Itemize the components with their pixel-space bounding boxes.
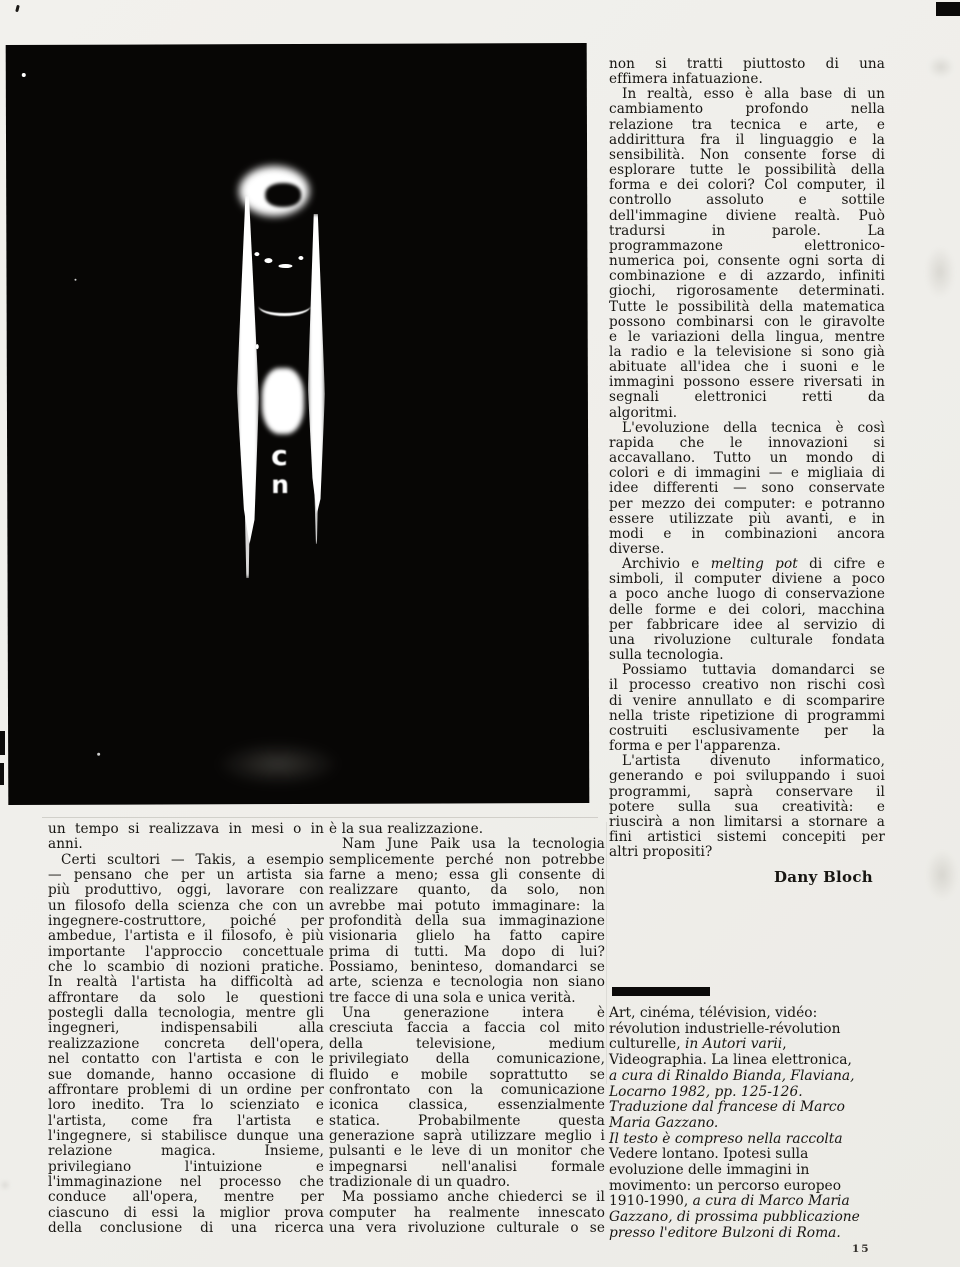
scan-mark	[15, 5, 20, 13]
text-run: Archivio e	[622, 556, 711, 572]
photo-speck	[74, 279, 76, 281]
text-line: anni.	[48, 837, 324, 852]
italic-run: Gazzano, di prossima pubblicazione	[609, 1209, 860, 1225]
text-line: profondità della sua immaginazione	[329, 914, 605, 929]
text-line: Art, cinéma, télévision, vidéo:	[609, 1006, 901, 1022]
photo-glyph-c: c	[271, 442, 288, 470]
text-line: immagini possono essere riversati in	[609, 375, 885, 390]
text-line: privilegiato della comunicazione,	[329, 1052, 605, 1067]
text-line: nella triste ripetizione di programmi	[609, 709, 885, 724]
text-line: postegli dalla tecnologia, mentre gli	[48, 1006, 324, 1021]
text-line: tradursi in parole. La	[609, 224, 885, 239]
text-line: visionaria glielo ha fatto capire	[329, 929, 605, 944]
text-line: riuscirà a non limitarsi a stornare a	[609, 815, 885, 830]
text-line: In realtà, esso è alla base di un	[609, 87, 885, 102]
photo-speck	[250, 332, 254, 338]
author-byline: Dany Bloch	[609, 868, 873, 886]
scan-noise	[0, 1180, 10, 1190]
text-line: Gazzano, di prossima pubblicazione	[609, 1210, 901, 1226]
text-line: non si tratti piuttosto di una	[609, 57, 885, 72]
photo-arc-highlight	[259, 296, 311, 316]
text-line: idee differenti — sono conservate	[609, 481, 885, 496]
text-line: In realtà l'artista ha difficoltà ad	[48, 975, 324, 990]
text-line: modi e in combinazioni ancora	[609, 527, 885, 542]
text-line: Locarno 1982, pp. 125-126.	[609, 1085, 901, 1101]
text-run: movimento: un percorso europeo	[609, 1178, 841, 1194]
text-line: sensibilità. Non consente forse di	[609, 148, 885, 163]
text-line: realizzazione concreta dell'opera,	[48, 1037, 324, 1052]
text-line: Vedere lontano. Ipotesi sulla	[609, 1147, 901, 1163]
text-line: statica. Probabilmente questa	[329, 1114, 605, 1129]
text-line: giochi, rigorosamente determinati.	[609, 284, 885, 299]
text-line: addirittura fra il linguaggio e la	[609, 133, 885, 148]
margin-scan-mark	[0, 763, 4, 785]
artwork-photograph: c n	[6, 43, 590, 805]
text-line: Nam June Paik usa la tecnologia	[329, 837, 605, 852]
text-line: ambedue, l'artista e il filosofo, è più	[48, 929, 324, 944]
text-line: a cura di Rinaldo Bianda, Flaviana,	[609, 1069, 901, 1085]
section-divider-bar	[612, 987, 710, 996]
photo-speck	[264, 258, 272, 263]
text-line: accavallano. Tutto un mondo di	[609, 451, 885, 466]
text-line: tre facce di una sola e unica verità.	[329, 991, 605, 1006]
article-column-right: non si tratti piuttosto di unaeffimera i…	[609, 57, 885, 860]
text-line: l'ingegnere, si stabilisce dunque una	[48, 1129, 324, 1144]
text-line: programmi, saprà conservare il	[609, 785, 885, 800]
text-line: potere sulla sua creatività: e	[609, 800, 885, 815]
text-line: segnali elettronici retti da	[609, 390, 885, 405]
page-number: 15	[852, 1243, 871, 1255]
text-line: essere utilizzate più avanti, e in	[609, 512, 885, 527]
scan-noise	[925, 246, 955, 298]
text-line: altri propositi?	[609, 845, 885, 860]
photo-speck	[256, 344, 259, 349]
italic-run: Locarno 1982, pp. 125-126.	[609, 1084, 803, 1100]
margin-scan-mark	[0, 731, 5, 755]
text-line: L'evoluzione della tecnica è così	[609, 421, 885, 436]
text-line: numerica poi, consente ogni sorta di	[609, 254, 885, 269]
text-line: evoluzione delle immagini in	[609, 1163, 901, 1179]
text-line: controllo assoluto e sottile	[609, 193, 885, 208]
text-run: evoluzione delle immagini in	[609, 1162, 809, 1178]
corner-black-bar	[936, 2, 960, 16]
text-line: della conclusione di una ricerca	[48, 1221, 324, 1236]
text-line: e le variazioni della lingua, mentre	[609, 330, 885, 345]
italic-run: Traduzione dal francese di Marco	[609, 1099, 845, 1115]
text-line: colori e di immagini — e migliaia di	[609, 466, 885, 481]
text-line: forma e per l'apparenza.	[609, 739, 885, 754]
text-line: pulsanti e le leve di un monitor che	[329, 1144, 605, 1159]
photo-light-streak-left	[236, 196, 259, 544]
text-line: Videographia. La linea elettronica,	[609, 1053, 901, 1069]
text-line: ingegnere-costruttore, poiché per	[48, 914, 324, 929]
text-line: delle forme e dei colori, macchina	[609, 603, 885, 618]
text-line: della televisione, medium	[329, 1037, 605, 1052]
text-line: confrontato con la comunicazione	[329, 1083, 605, 1098]
text-line: l'immaginazione nel processo che	[48, 1175, 324, 1190]
text-line: forma e dei colori? Col computer, il	[609, 178, 885, 193]
text-line: la radio e la televisione si sono già	[609, 345, 885, 360]
text-line: presso l'editore Bulzoni di Roma.	[609, 1226, 901, 1242]
text-line: L'artista divenuto informatico,	[609, 754, 885, 769]
text-line: diverse.	[609, 542, 885, 557]
text-line: — pensano che per un artista sia	[48, 868, 324, 883]
text-line: conduce all'opera, mentre per	[48, 1190, 324, 1205]
text-line: dell'immagine diviene realtà. Può	[609, 209, 885, 224]
text-line: per mezzo dei computer: e potranno	[609, 497, 885, 512]
text-line: una rivoluzione culturale fondata	[609, 633, 885, 648]
text-line: un filosofo della scienza che con un	[48, 899, 324, 914]
text-line: 1910-1990, a cura di Marco Maria	[609, 1194, 901, 1210]
text-line: l'artista, come fra l'artista e	[48, 1114, 324, 1129]
text-line: effimera infatuazione.	[609, 72, 885, 87]
text-run: révolution industrielle-révolution	[609, 1021, 840, 1037]
scan-noise	[928, 56, 954, 78]
text-line: Possiamo, beninteso, domandarci se	[329, 960, 605, 975]
text-line: il processo creativo non rischi così	[609, 678, 885, 693]
text-line: relazione magica. Insieme,	[48, 1144, 324, 1159]
text-line: abituate all'idea che i suoni e le	[609, 360, 885, 375]
text-line: Tutte le possibilità della matematica	[609, 300, 885, 315]
text-line: Traduzione dal francese di Marco	[609, 1100, 901, 1116]
scan-ghost-line	[42, 817, 598, 818]
text-run: ,	[782, 1036, 786, 1052]
text-line: Il testo è compreso nella raccolta	[609, 1132, 901, 1148]
text-line: computer ha realmente innescato	[329, 1206, 605, 1221]
text-line: arte, scienza e tecnologia non siano	[329, 975, 605, 990]
text-line: è la sua realizzazione.	[329, 822, 605, 837]
text-line: sulla tecnologia.	[609, 648, 885, 663]
text-line: iconica classica, essenzialmente	[329, 1098, 605, 1113]
photo-speck	[278, 264, 292, 268]
photo-speck	[97, 753, 100, 756]
photo-speck	[22, 73, 26, 77]
italic-run: melting pot	[711, 556, 798, 572]
text-line: nel contatto con l'artista e con le	[48, 1052, 324, 1067]
text-line: più produttivo, oggi, lavorare con	[48, 883, 324, 898]
text-line: una vera rivoluzione culturale o se	[329, 1221, 605, 1236]
text-line: possono combinarsi con le giravolte	[609, 315, 885, 330]
text-run: Vedere lontano. Ipotesi sulla	[609, 1146, 808, 1162]
text-line: prima di tutti. Ma dopo di lui?	[329, 945, 605, 960]
text-line: esplorare tutte le possibilità della	[609, 163, 885, 178]
text-line: generando e poi sviluppando i suoi	[609, 769, 885, 784]
text-line: Certi scultori — Takis, a esempio	[48, 853, 324, 868]
text-run: di cifre e	[798, 556, 885, 572]
text-line: Archivio e melting pot di cifre e	[609, 557, 885, 572]
text-line: Ma possiamo anche chiederci se il	[329, 1190, 605, 1205]
text-line: culturelle, in Autori varii,	[609, 1037, 901, 1053]
text-line: simboli, il computer diviene a poco	[609, 572, 885, 587]
text-line: relazione tra tecnica e arte, e	[609, 118, 885, 133]
text-run: culturelle,	[609, 1036, 685, 1052]
text-line: Maria Gazzano.	[609, 1116, 901, 1132]
scan-noise	[926, 850, 958, 900]
italic-run: a cura di Rinaldo Bianda, Flaviana,	[609, 1068, 855, 1084]
text-line: importante l'approccio concettuale	[48, 945, 324, 960]
text-run: Videographia. La linea elettronica,	[609, 1052, 852, 1068]
italic-run: a cura di Marco Maria	[693, 1193, 850, 1209]
italic-run: Il testo è compreso nella raccolta	[609, 1131, 843, 1147]
photo-bright-patch	[262, 368, 304, 434]
text-line: fini artistici sistemi concepiti per	[609, 830, 885, 845]
text-line: generazione saprà utilizzare meglio i	[329, 1129, 605, 1144]
text-line: rapida che le innovazioni si	[609, 436, 885, 451]
photo-glow-hole	[265, 183, 301, 207]
photo-light-streak-right	[307, 214, 325, 514]
text-line: programmazone elettronico-	[609, 239, 885, 254]
text-line: semplicemente perché non potrebbe	[329, 853, 605, 868]
text-line: costruiti esclusivamente per la	[609, 724, 885, 739]
text-line: loro inedito. Tra lo scienziato e	[48, 1098, 324, 1113]
italic-run: in Autori varii	[685, 1036, 782, 1052]
text-line: combinazione e di azzardo, infiniti	[609, 269, 885, 284]
photo-gray-smudge	[216, 742, 340, 786]
text-line: impegnarsi nell'analisi formale	[329, 1160, 605, 1175]
text-run: 1910-1990,	[609, 1193, 693, 1209]
text-line: affrontare da solo le questioni	[48, 991, 324, 1006]
text-line: cambiamento profondo nella	[609, 102, 885, 117]
photo-speck	[298, 256, 303, 260]
text-line: per fabbricare idee al servizio di	[609, 618, 885, 633]
bibliography: Art, cinéma, télévision, vidéo:révolutio…	[609, 1006, 901, 1242]
text-line: che lo scambio di nozioni pratiche.	[48, 960, 324, 975]
magazine-page: c n un tempo si realizzava in mesi o ina…	[0, 0, 960, 1267]
text-line: farne a meno; essa gli consente di	[329, 868, 605, 883]
text-line: un tempo si realizzava in mesi o in	[48, 822, 324, 837]
text-line: tradizionale di un quadro.	[329, 1175, 605, 1190]
article-column-middle: è la sua realizzazione.Nam June Paik usa…	[329, 822, 605, 1236]
text-line: Possiamo tuttavia domandarci se	[609, 663, 885, 678]
text-line: movimento: un percorso europeo	[609, 1179, 901, 1195]
text-run: Art, cinéma, télévision, vidéo:	[609, 1005, 817, 1021]
text-line: realizzare quanto, da solo, non	[329, 883, 605, 898]
article-column-left: un tempo si realizzava in mesi o inanni.…	[48, 822, 324, 1236]
text-line: Una generazione intera è	[329, 1006, 605, 1021]
text-line: sue domande, hanno occasione di	[48, 1068, 324, 1083]
text-line: di venire annullato e di scomparire	[609, 694, 885, 709]
text-line: avrebbe mai potuto immaginare: la	[329, 899, 605, 914]
text-line: ingegneri, indispensabili alla	[48, 1021, 324, 1036]
scan-ghost-line	[606, 822, 607, 1084]
italic-run: Maria Gazzano.	[609, 1115, 718, 1131]
photo-speck	[254, 252, 259, 256]
text-line: privilegiano l'intuizione e	[48, 1160, 324, 1175]
text-line: révolution industrielle-révolution	[609, 1022, 901, 1038]
text-line: ciascuno di essi la miglior prova	[48, 1206, 324, 1221]
text-line: fluido e mobile soprattutto se	[329, 1068, 605, 1083]
text-line: algoritmi.	[609, 406, 885, 421]
text-line: a poco anche luogo di conservazione	[609, 587, 885, 602]
italic-run: presso l'editore Bulzoni di Roma.	[609, 1225, 841, 1241]
text-line: affrontare problemi di un ordine per	[48, 1083, 324, 1098]
photo-glyph-n: n	[271, 472, 289, 497]
text-line: cresciuta faccia a faccia col mito	[329, 1021, 605, 1036]
